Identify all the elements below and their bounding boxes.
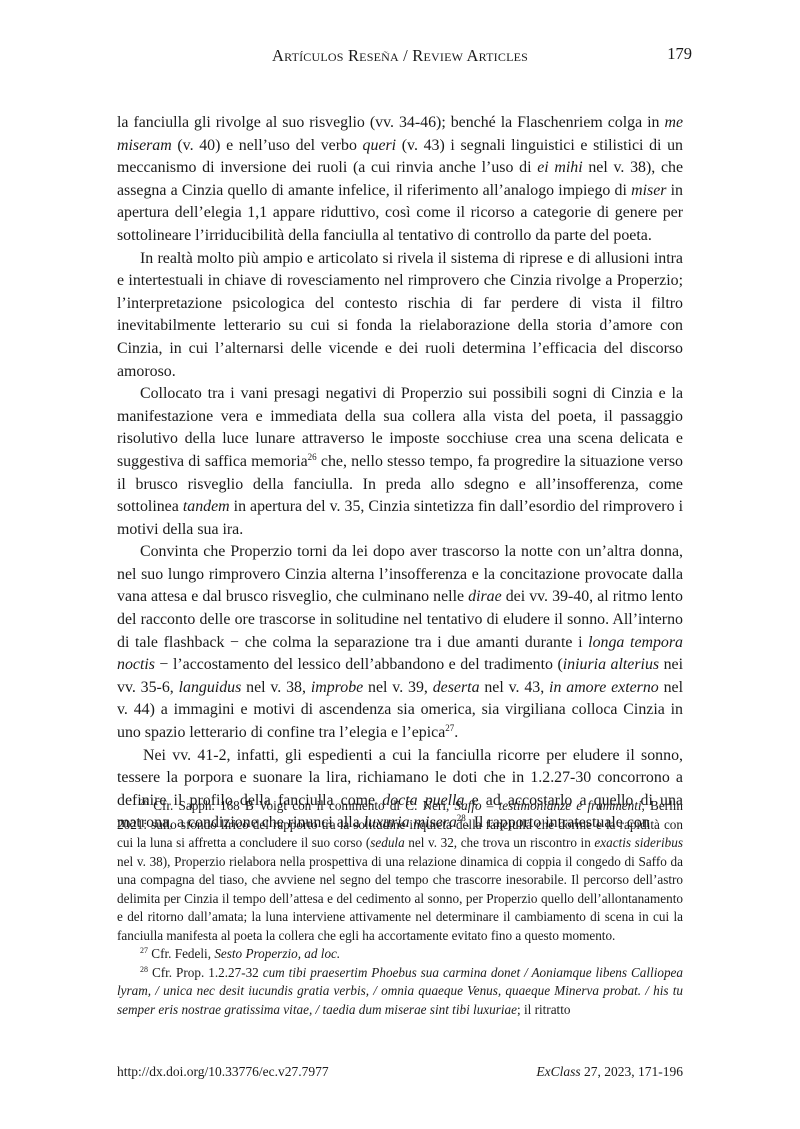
text: (v. 40) e nell’uso del verbo — [172, 137, 363, 154]
footnote-27: 27 Cfr. Fedeli, Sesto Properzio, ad loc. — [117, 945, 683, 964]
text: Cfr. Prop. 1.2.27-32 — [148, 965, 263, 980]
italic-term: tandem — [183, 498, 230, 515]
text: nel v. 38, — [241, 679, 311, 696]
italic-term: dirae — [468, 588, 502, 605]
text: Cfr. Sapph. 168 B Voigt con il commento … — [148, 798, 454, 813]
italic-title: Saffo – testimonianze e frammenti — [454, 798, 641, 813]
italic-term: miser — [631, 182, 666, 199]
text: nel v. 43, — [480, 679, 550, 696]
journal-citation: ExClass 27, 2023, 171-196 — [536, 1064, 683, 1080]
italic-term: queri — [363, 137, 397, 154]
footnote-number: 26 — [140, 798, 148, 807]
text: nel v. 38), Properzio rielabora nella pr… — [117, 854, 683, 943]
text: Cfr. Fedeli, — [148, 946, 214, 961]
doi-link[interactable]: http://dx.doi.org/10.33776/ec.v27.7977 — [117, 1064, 329, 1080]
text: nel v. 39, — [363, 679, 433, 696]
footnote-number: 27 — [140, 946, 148, 955]
text: − l’accostamento del lessico dell’abband… — [155, 656, 563, 673]
text: . — [454, 724, 458, 741]
paragraph-1: la fanciulla gli rivolge al suo risvegli… — [117, 112, 683, 248]
italic-term: languidus — [179, 679, 242, 696]
footnote-number: 28 — [140, 965, 148, 974]
italic-term: sedula — [370, 835, 404, 850]
page-footer: http://dx.doi.org/10.33776/ec.v27.7977 E… — [117, 1064, 683, 1084]
page-number: 179 — [667, 44, 692, 64]
footnote-26: 26 Cfr. Sapph. 168 B Voigt con il commen… — [117, 797, 683, 945]
italic-term: exactis sideribus — [594, 835, 683, 850]
italic-term: deserta — [433, 679, 480, 696]
footnotes: 26 Cfr. Sapph. 168 B Voigt con il commen… — [117, 797, 683, 1019]
running-header: Artículos Reseña / Review Articles 179 — [0, 44, 800, 66]
paragraph-4: Convinta che Properzio torni da lei dopo… — [117, 541, 683, 744]
journal-details: 27, 2023, 171-196 — [581, 1064, 683, 1079]
footnote-ref-27[interactable]: 27 — [445, 723, 454, 733]
italic-term: ei mihi — [537, 159, 582, 176]
paragraph-2: In realtà molto più ampio e articolato s… — [117, 248, 683, 384]
main-text: la fanciulla gli rivolge al suo risvegli… — [117, 112, 683, 835]
paragraph-3: Collocato tra i vani presagi negativi di… — [117, 383, 683, 541]
italic-title: Sesto Properzio, ad loc. — [214, 946, 340, 961]
italic-term: improbe — [311, 679, 363, 696]
italic-term: iniuria alterius — [563, 656, 659, 673]
text: nel v. 32, che trova un riscontro in — [405, 835, 595, 850]
text: ; il ritratto — [517, 1002, 570, 1017]
journal-name: ExClass — [536, 1064, 580, 1079]
italic-term: in amore externo — [549, 679, 659, 696]
footnote-28: 28 Cfr. Prop. 1.2.27-32 cum tibi praeser… — [117, 964, 683, 1020]
footnote-ref-26[interactable]: 26 — [308, 452, 317, 462]
text: la fanciulla gli rivolge al suo risvegli… — [117, 114, 664, 131]
